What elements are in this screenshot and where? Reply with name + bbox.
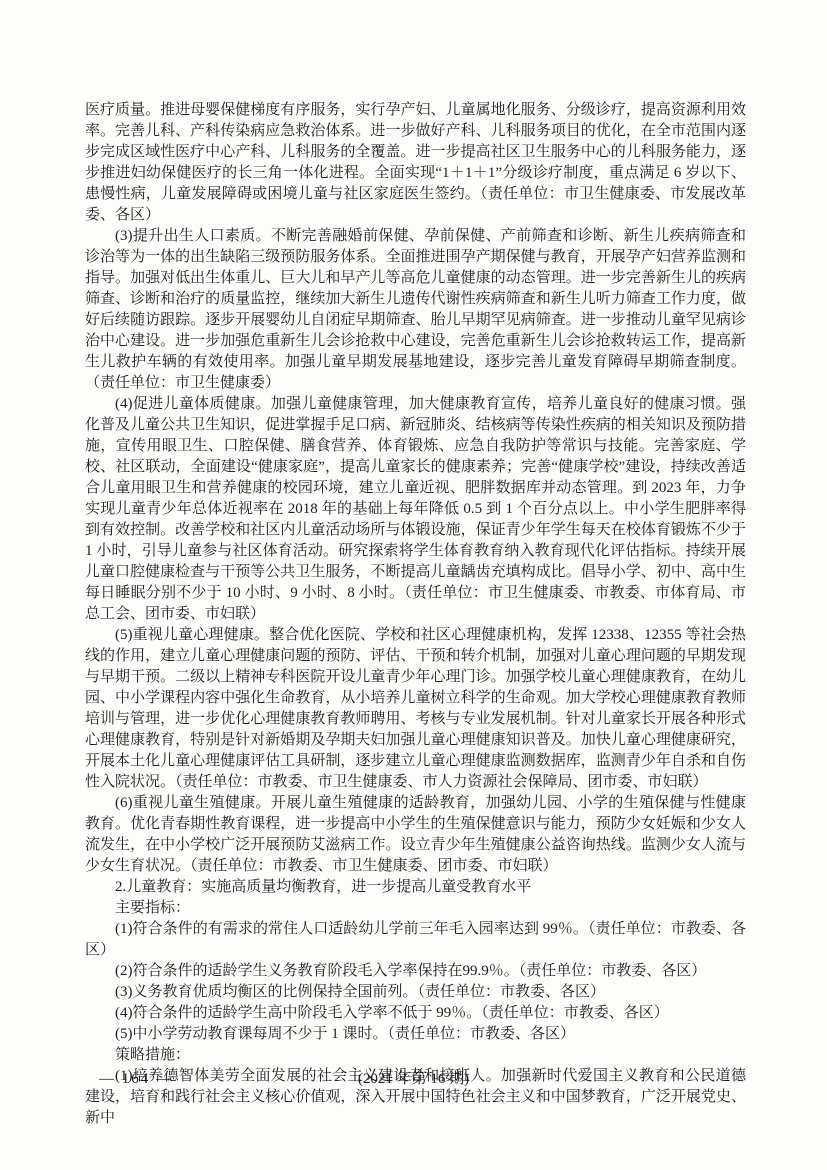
paragraph-item-3-birth-population-quality: (3)提升出生人口素质。不断完善融婚前保健、孕前保健、产前筛查和诊断、新生儿疾病… xyxy=(85,226,746,394)
heading-strategic-measures: 策略措施： xyxy=(85,1045,746,1066)
indicator-1-preschool-enrollment: (1)符合条件的有需求的常住人口适龄幼儿学前三年毛入园率达到 99％。（责任单位… xyxy=(85,919,746,961)
paragraph-item-4-physical-health: (4)促进儿童体质健康。加强儿童健康管理，加大健康教育宣传，培养儿童良好的健康习… xyxy=(85,394,746,625)
paragraph-item-5-mental-health: (5)重视儿童心理健康。整合优化医院、学校和社区心理健康机构，发挥 12338、… xyxy=(85,625,746,793)
indicator-4-high-school-enrollment: (4)符合条件的适龄学生高中阶段毛入学率不低于 99％。（责任单位：市教委、各区… xyxy=(85,1003,746,1024)
paragraph-medical-quality-continuation: 医疗质量。推进母婴保健梯度有序服务，实行孕产妇、儿童属地化服务、分级诊疗，提高资… xyxy=(85,100,746,226)
heading-main-indicators: 主要指标： xyxy=(85,898,746,919)
indicator-5-labor-education-class: (5)中小学劳动教育课每周不少于 1 课时。（责任单位：市教委、各区） xyxy=(85,1024,746,1045)
indicator-2-compulsory-education-enrollment: (2)符合条件的适龄学生义务教育阶段毛入学率保持在99.9％。（责任单位：市教委… xyxy=(85,961,746,982)
indicator-3-balanced-education-districts: (3)义务教育优质均衡区的比例保持全国前列。（责任单位：市教委、各区） xyxy=(85,982,746,1003)
page-footer: — 164 — (2021 年第 16 期) xyxy=(0,1068,827,1090)
paragraph-item-6-reproductive-health: (6)重视儿童生殖健康。开展儿童生殖健康的适龄教育，加强幼儿园、小学的生殖保健与… xyxy=(85,793,746,877)
footer-issue-number: (2021 年第 16 期) xyxy=(0,1068,827,1090)
document-body: 医疗质量。推进母婴保健梯度有序服务，实行孕产妇、儿童属地化服务、分级诊疗，提高资… xyxy=(85,100,746,1129)
heading-section-2-children-education: 2.儿童教育：实施高质量均衡教育，进一步提高儿童受教育水平 xyxy=(85,877,746,898)
document-page: 医疗质量。推进母婴保健梯度有序服务，实行孕产妇、儿童属地化服务、分级诊疗，提高资… xyxy=(0,0,827,1170)
